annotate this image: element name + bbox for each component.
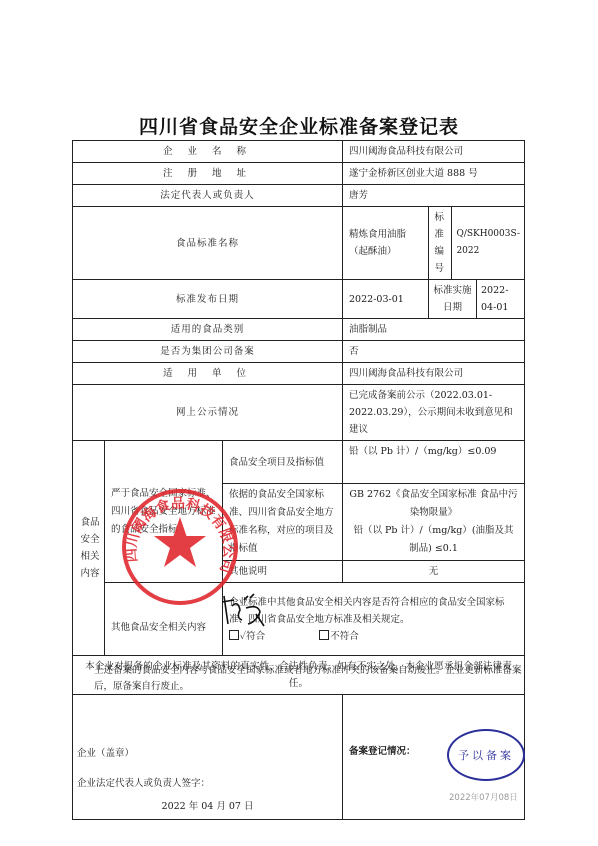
safety-group-label: 食品安全相关内容 bbox=[73, 441, 105, 656]
footnote: 上述备案的食品安全内容与食品安全国家标准或者地方标准冲突的该备案自动废止。企业更… bbox=[94, 663, 524, 695]
conform-checkbox[interactable] bbox=[229, 630, 239, 640]
row-applicable-unit: 适 用 单 位 四川阈海食品科技有限公司 bbox=[73, 363, 525, 385]
row-food-category: 适用的食品类别 油脂制品 bbox=[73, 319, 525, 341]
standard-code-label: 标 准 编 号 bbox=[429, 207, 452, 279]
row-legal-rep: 法定代表人或负责人 唐芳 bbox=[73, 185, 525, 207]
document-title: 四川省食品安全企业标准备案登记表 bbox=[0, 112, 598, 139]
basis-standard-label: 依据的食品安全国家标准、四川省食品安全地方标准名称，对应的项目及指标值 bbox=[223, 484, 343, 561]
strict-indicator-label: 严于食品安全国家标准、四川省食品安全地方标准的食品安全指标 bbox=[105, 441, 223, 583]
other-content-value: 企业标准中其他食品安全相关内容是否符合相应的食品安全国家标准、四川省食品安全地方… bbox=[223, 583, 525, 656]
sign-date: 2022 年 04 月 07 日 bbox=[73, 798, 342, 815]
row-signatures: 企业（盖章） 企业法定代表人或负责人签字： 2022 年 04 月 07 日 备… bbox=[73, 695, 525, 820]
other-notes-value: 无 bbox=[343, 561, 525, 583]
company-seal-label: 企业（盖章） bbox=[77, 745, 134, 762]
nonconform-checkbox[interactable] bbox=[319, 630, 329, 640]
publish-date-value: 2022-03-01 bbox=[343, 280, 429, 319]
conform-option: ✓符合 bbox=[240, 631, 265, 642]
row-reg-address: 注 册 地 址 遂宁金桥新区创业大道 888 号 bbox=[73, 163, 525, 185]
basis-standard-value: GB 2762《食品安全国家标准 食品中污染物限量》 铅（以 Pb 计）/（mg… bbox=[343, 484, 525, 561]
legal-rep-value: 唐芳 bbox=[343, 185, 525, 207]
other-content-label: 其他食品安全相关内容 bbox=[105, 583, 223, 656]
company-name-value: 四川阈海食品科技有限公司 bbox=[343, 141, 525, 163]
impl-date-label: 标准实施日期 bbox=[429, 280, 477, 318]
row-group-filing: 是否为集团公司备案 否 bbox=[73, 341, 525, 363]
company-name-label: 企 业 名 称 bbox=[73, 141, 343, 163]
reg-address-label: 注 册 地 址 bbox=[73, 163, 343, 185]
row-safety-item: 食品安全相关内容 严于食品安全国家标准、四川省食品安全地方标准的食品安全指标 食… bbox=[73, 441, 525, 484]
public-notice-label: 网上公示情况 bbox=[73, 385, 343, 441]
registration-form: 企 业 名 称 四川阈海食品科技有限公司 注 册 地 址 遂宁金桥新区创业大道 … bbox=[72, 140, 525, 820]
standard-name-label: 食品标准名称 bbox=[73, 207, 343, 280]
standard-code-value: Q/SKH0003S-2022 bbox=[452, 207, 524, 279]
group-filing-value: 否 bbox=[343, 341, 525, 363]
safety-item-label: 食品安全项目及指标值 bbox=[223, 441, 343, 484]
applicable-unit-value: 四川阈海食品科技有限公司 bbox=[343, 363, 525, 385]
registration-date: 2022年07月08日 bbox=[449, 790, 518, 807]
applicable-unit-label: 适 用 单 位 bbox=[73, 363, 343, 385]
registration-label: 备案登记情况： bbox=[349, 743, 416, 760]
row-other-content: 其他食品安全相关内容 企业标准中其他食品安全相关内容是否符合相应的食品安全国家标… bbox=[73, 583, 525, 656]
standard-name-value: 精炼食用油脂（起酥油） bbox=[343, 207, 429, 280]
nonconform-option: 不符合 bbox=[330, 631, 359, 642]
row-dates: 标准发布日期 2022-03-01 标准实施日期 2022-04-01 bbox=[73, 280, 525, 319]
legal-rep-label: 法定代表人或负责人 bbox=[73, 185, 343, 207]
public-notice-value: 已完成备案前公示（2022.03.01-2022.03.29），公示期间未收到意… bbox=[343, 385, 525, 441]
impl-date-value: 2022-04-01 bbox=[477, 280, 525, 318]
reg-address-value: 遂宁金桥新区创业大道 888 号 bbox=[343, 163, 525, 185]
food-category-label: 适用的食品类别 bbox=[73, 319, 343, 341]
group-filing-label: 是否为集团公司备案 bbox=[73, 341, 343, 363]
row-public-notice: 网上公示情况 已完成备案前公示（2022.03.01-2022.03.29），公… bbox=[73, 385, 525, 441]
food-category-value: 油脂制品 bbox=[343, 319, 525, 341]
approval-stamp: 予以备案 bbox=[447, 729, 525, 781]
publish-date-label: 标准发布日期 bbox=[73, 280, 343, 319]
other-notes-label: 其他说明 bbox=[223, 561, 343, 583]
row-company-name: 企 业 名 称 四川阈海食品科技有限公司 bbox=[73, 141, 525, 163]
registration-cell: 备案登记情况： 予以备案 2022年07月08日 bbox=[343, 695, 525, 820]
row-standard-name: 食品标准名称 精炼食用油脂（起酥油） 标 准 编 号 Q/SKH0003S-20… bbox=[73, 207, 525, 280]
safety-item-value: 铅（以 Pb 计）/（mg/kg）≤0.09 bbox=[343, 441, 525, 484]
company-sign-cell: 企业（盖章） 企业法定代表人或负责人签字： 2022 年 04 月 07 日 bbox=[73, 695, 343, 820]
rep-sign-label: 企业法定代表人或负责人签字： bbox=[77, 775, 210, 792]
